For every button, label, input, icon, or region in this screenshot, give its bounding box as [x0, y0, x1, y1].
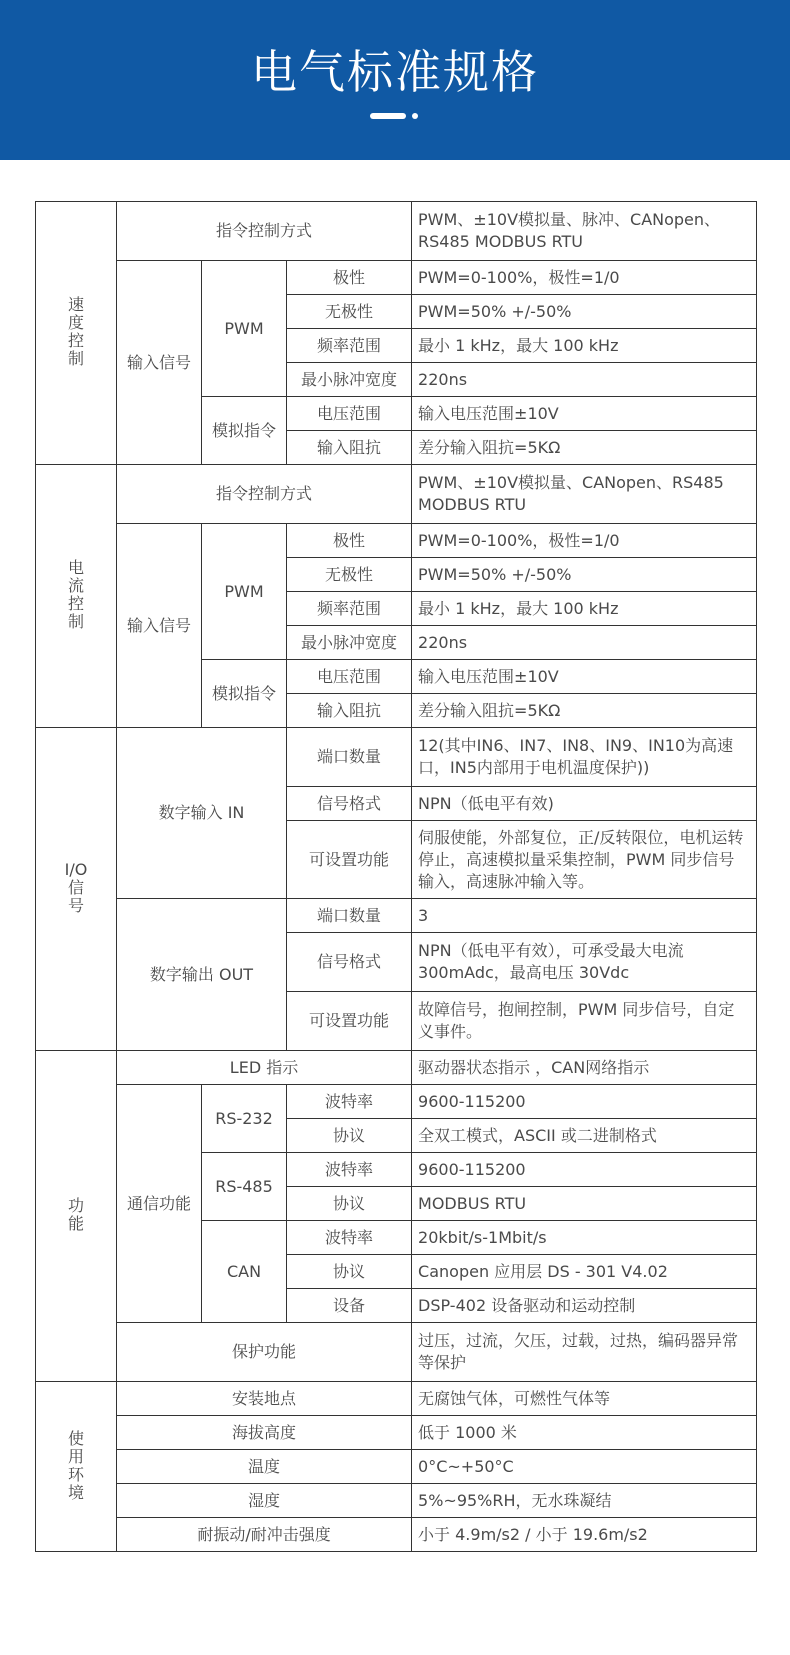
row-label: 电压范围 — [287, 660, 412, 694]
row-label: 最小脉冲宽度 — [287, 626, 412, 660]
row-value: 驱动器状态指示 ，CAN网络指示 — [412, 1051, 757, 1085]
table-row: 功能 LED 指示 驱动器状态指示 ，CAN网络指示 — [36, 1051, 757, 1085]
row-value: 12(其中IN6、IN7、IN8、IN9、IN10为高速口，IN5内部用于电机温… — [412, 728, 757, 787]
row-value: 输入电压范围±10V — [412, 660, 757, 694]
section-io-signal: I/O信号 — [36, 728, 117, 1051]
subgroup-label: CAN — [202, 1221, 287, 1323]
table-row: 通信功能 RS-232 波特率 9600-115200 — [36, 1085, 757, 1119]
row-label: 协议 — [287, 1187, 412, 1221]
row-label: 输入阻抗 — [287, 431, 412, 465]
row-value: PWM、±10V模拟量、CANopen、RS485 MODBUS RTU — [412, 465, 757, 524]
row-value: 差分输入阻抗=5KΩ — [412, 694, 757, 728]
table-row: I/O信号 数字输入 IN 端口数量 12(其中IN6、IN7、IN8、IN9、… — [36, 728, 757, 787]
subgroup-label: PWM — [202, 524, 287, 660]
subgroup-label: RS-485 — [202, 1153, 287, 1221]
row-value: 20kbit/s-1Mbit/s — [412, 1221, 757, 1255]
table-row: 耐振动/耐冲击强度 小于 4.9m/s2 / 小于 19.6m/s2 — [36, 1518, 757, 1552]
row-label: 最小脉冲宽度 — [287, 363, 412, 397]
row-value: 无腐蚀气体，可燃性气体等 — [412, 1382, 757, 1416]
group-label: 数字输入 IN — [117, 728, 287, 899]
row-label: 端口数量 — [287, 728, 412, 787]
subgroup-label: RS-232 — [202, 1085, 287, 1153]
row-label: 极性 — [287, 261, 412, 295]
row-label: 波特率 — [287, 1221, 412, 1255]
row-label: 可设置功能 — [287, 821, 412, 899]
row-value: 伺服使能，外部复位，正/反转限位，电机运转停止，高速模拟量采集控制，PWM 同步… — [412, 821, 757, 899]
table-row: 输入信号 PWM 极性 PWM=0-100%，极性=1/0 — [36, 261, 757, 295]
row-label: 保护功能 — [117, 1323, 412, 1382]
row-value: 0°C~+50°C — [412, 1450, 757, 1484]
subgroup-label: 模拟指令 — [202, 397, 287, 465]
row-label: 信号格式 — [287, 787, 412, 821]
section-speed-control: 速度控制 — [36, 202, 117, 465]
row-value: 最小 1 kHz，最大 100 kHz — [412, 592, 757, 626]
table-row: 海拔高度 低于 1000 米 — [36, 1416, 757, 1450]
group-label: 输入信号 — [117, 524, 202, 728]
row-label: 设备 — [287, 1289, 412, 1323]
row-value: 低于 1000 米 — [412, 1416, 757, 1450]
row-value: 全双工模式，ASCII 或二进制格式 — [412, 1119, 757, 1153]
row-label: 温度 — [117, 1450, 412, 1484]
row-label: 湿度 — [117, 1484, 412, 1518]
row-label: 海拔高度 — [117, 1416, 412, 1450]
table-row: 使用环境 安装地点 无腐蚀气体，可燃性气体等 — [36, 1382, 757, 1416]
row-value: 最小 1 kHz，最大 100 kHz — [412, 329, 757, 363]
row-value: PWM、±10V模拟量、脉冲、CANopen、RS485 MODBUS RTU — [412, 202, 757, 261]
title-underline-bar — [370, 113, 406, 119]
row-value: 220ns — [412, 626, 757, 660]
group-label: 通信功能 — [117, 1085, 202, 1323]
row-value: PWM=50% +/-50% — [412, 558, 757, 592]
row-label: 端口数量 — [287, 899, 412, 933]
title-underline-dot — [412, 113, 418, 119]
row-label: 指令控制方式 — [117, 202, 412, 261]
section-environment: 使用环境 — [36, 1382, 117, 1552]
row-value: 差分输入阻抗=5KΩ — [412, 431, 757, 465]
row-value: MODBUS RTU — [412, 1187, 757, 1221]
row-value: 9600-115200 — [412, 1153, 757, 1187]
row-label: 频率范围 — [287, 592, 412, 626]
row-value: PWM=0-100%，极性=1/0 — [412, 261, 757, 295]
row-label: 输入阻抗 — [287, 694, 412, 728]
row-value: 3 — [412, 899, 757, 933]
row-value: NPN（低电平有效），可承受最大电流 300mAdc，最高电压 30Vdc — [412, 933, 757, 992]
row-value: 5%~95%RH，无水珠凝结 — [412, 1484, 757, 1518]
row-label: 指令控制方式 — [117, 465, 412, 524]
row-label: 波特率 — [287, 1085, 412, 1119]
row-value: PWM=0-100%，极性=1/0 — [412, 524, 757, 558]
row-label: 协议 — [287, 1119, 412, 1153]
row-label: 频率范围 — [287, 329, 412, 363]
row-label: 无极性 — [287, 558, 412, 592]
group-label: 数字输出 OUT — [117, 899, 287, 1051]
row-label: 电压范围 — [287, 397, 412, 431]
section-function: 功能 — [36, 1051, 117, 1382]
row-value: NPN（低电平有效) — [412, 787, 757, 821]
table-row: 输入信号 PWM 极性 PWM=0-100%，极性=1/0 — [36, 524, 757, 558]
row-label: LED 指示 — [117, 1051, 412, 1085]
spec-table: 速度控制 指令控制方式 PWM、±10V模拟量、脉冲、CANopen、RS485… — [35, 201, 757, 1552]
table-row: 温度 0°C~+50°C — [36, 1450, 757, 1484]
subgroup-label: PWM — [202, 261, 287, 397]
row-value: 故障信号，抱闸控制，PWM 同步信号，自定义事件。 — [412, 992, 757, 1051]
row-value: 220ns — [412, 363, 757, 397]
row-label: 可设置功能 — [287, 992, 412, 1051]
row-label: 无极性 — [287, 295, 412, 329]
table-row: 数字输出 OUT 端口数量 3 — [36, 899, 757, 933]
subgroup-label: 模拟指令 — [202, 660, 287, 728]
page-title: 电气标准规格 — [0, 42, 790, 102]
row-value: PWM=50% +/-50% — [412, 295, 757, 329]
row-label: 信号格式 — [287, 933, 412, 992]
group-label: 输入信号 — [117, 261, 202, 465]
table-row: 保护功能 过压，过流，欠压，过载，过热，编码器异常等保护 — [36, 1323, 757, 1382]
header-banner: 电气标准规格 — [0, 0, 790, 160]
section-current-control: 电流控制 — [36, 465, 117, 728]
row-label: 耐振动/耐冲击强度 — [117, 1518, 412, 1552]
table-row: 速度控制 指令控制方式 PWM、±10V模拟量、脉冲、CANopen、RS485… — [36, 202, 757, 261]
row-value: 输入电压范围±10V — [412, 397, 757, 431]
row-label: 极性 — [287, 524, 412, 558]
row-value: 过压，过流，欠压，过载，过热，编码器异常等保护 — [412, 1323, 757, 1382]
table-row: 湿度 5%~95%RH，无水珠凝结 — [36, 1484, 757, 1518]
row-label: 协议 — [287, 1255, 412, 1289]
table-row: 电流控制 指令控制方式 PWM、±10V模拟量、CANopen、RS485 MO… — [36, 465, 757, 524]
row-value: DSP-402 设备驱动和运动控制 — [412, 1289, 757, 1323]
row-value: 小于 4.9m/s2 / 小于 19.6m/s2 — [412, 1518, 757, 1552]
row-label: 安装地点 — [117, 1382, 412, 1416]
row-label: 波特率 — [287, 1153, 412, 1187]
row-value: Canopen 应用层 DS - 301 V4.02 — [412, 1255, 757, 1289]
row-value: 9600-115200 — [412, 1085, 757, 1119]
